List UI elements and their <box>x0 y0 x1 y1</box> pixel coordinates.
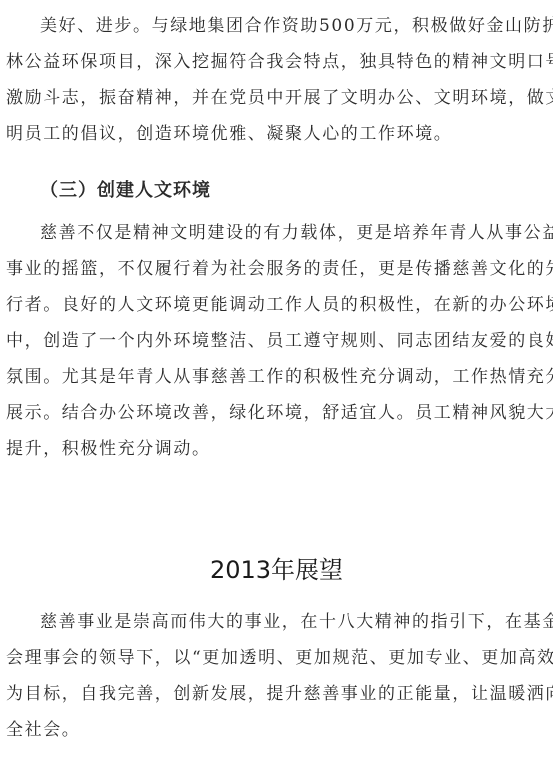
paragraph-line: 中，创造了一个内外环境整洁、员工遵守规则、同志团结友爱的良好 <box>6 331 553 351</box>
paragraph-line: 全社会。 <box>6 720 80 740</box>
section-title: 2013年展望 <box>0 550 553 585</box>
paragraph-line: 展示。结合办公环境改善，绿化环境，舒适宜人。员工精神风貌大大 <box>6 403 553 423</box>
paragraph-line: 为目标，自我完善，创新发展，提升慈善事业的正能量，让温暖洒向 <box>6 684 553 704</box>
paragraph-line: 美好、进步。与绿地集团合作资助500万元，积极做好金山防护 <box>40 16 553 36</box>
paragraph-line: 明员工的倡议，创造环境优雅、凝聚人心的工作环境。 <box>6 124 452 144</box>
paragraph-line: 激励斗志，振奋精神，并在党员中开展了文明办公、文明环境，做文 <box>6 88 553 108</box>
paragraph-line: 提升，积极性充分调动。 <box>6 439 211 459</box>
section-heading: （三）创建人文环境 <box>40 176 211 202</box>
paragraph-line: 事业的摇篮，不仅履行着为社会服务的责任，更是传播慈善文化的先 <box>6 259 553 279</box>
paragraph-line: 慈善不仅是精神文明建设的有力载体，更是培养年青人从事公益 <box>40 223 553 243</box>
paragraph-line: 氛围。尤其是年青人从事慈善工作的积极性充分调动，工作热情充分 <box>6 367 553 387</box>
paragraph-line: 慈善事业是崇高而伟大的事业，在十八大精神的指引下，在基金 <box>40 612 553 632</box>
paragraph-line: 林公益环保项目，深入挖掘符合我会特点，独具特色的精神文明口号， <box>6 52 553 72</box>
paragraph-line: 行者。良好的人文环境更能调动工作人员的积极性，在新的办公环境 <box>6 295 553 315</box>
paragraph-line: 会理事会的领导下，以“更加透明、更加规范、更加专业、更加高效” <box>6 648 553 668</box>
